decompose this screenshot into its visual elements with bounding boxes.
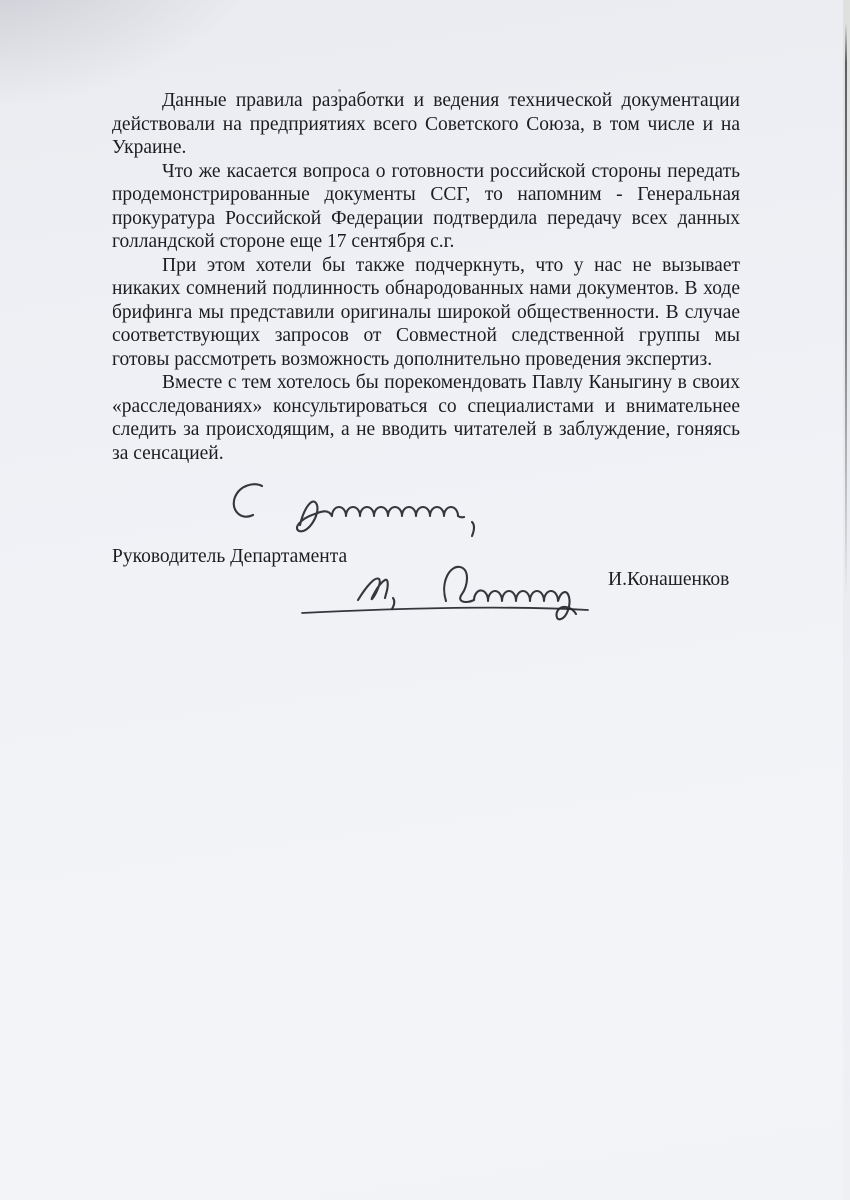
paragraph-3: При этом хотели бы также подчеркнуть, чт… bbox=[112, 254, 740, 372]
paragraph-2: Что же касается вопроса о готовности рос… bbox=[112, 160, 740, 254]
text-line: «расследованиях» консультироваться со сп… bbox=[112, 395, 740, 419]
text-line: брифинга мы представили оригиналы широко… bbox=[112, 301, 740, 325]
closing-phrase-handwriting bbox=[234, 484, 474, 536]
letter-body: Данные правила разработки и ведения техн… bbox=[112, 89, 740, 465]
paragraph-1: Данные правила разработки и ведения техн… bbox=[112, 89, 740, 160]
text-line: Что же касается вопроса о готовности рос… bbox=[112, 160, 740, 184]
scan-edge-shadow bbox=[845, 22, 847, 597]
signature-handwriting bbox=[302, 567, 588, 619]
text-line: продемонстрированные документы ССГ, то н… bbox=[112, 183, 740, 207]
text-line: Вместе с тем хотелось бы порекомендовать… bbox=[112, 371, 740, 395]
scan-speck bbox=[338, 89, 341, 92]
text-line: голландской стороне еще 17 сентября с.г. bbox=[112, 230, 740, 254]
text-line: При этом хотели бы также подчеркнуть, чт… bbox=[112, 254, 740, 278]
text-line: за сенсацией. bbox=[112, 442, 740, 466]
text-line: следить за происходящим, а не вводить чи… bbox=[112, 418, 740, 442]
signer-title: Руководитель Департамента bbox=[112, 546, 347, 568]
text-line: прокуратура Российской Федерации подтвер… bbox=[112, 207, 740, 231]
paragraph-4: Вместе с тем хотелось бы порекомендовать… bbox=[112, 371, 740, 465]
text-line: действовали на предприятиях всего Советс… bbox=[112, 113, 740, 137]
text-line: готовы рассмотреть возможность дополните… bbox=[112, 348, 740, 372]
text-line: Данные правила разработки и ведения техн… bbox=[112, 89, 740, 113]
text-line: никаких сомнений подлинность обнародован… bbox=[112, 277, 740, 301]
signer-name: И.Конашенков bbox=[608, 569, 729, 591]
text-line: соответствующих запросов от Совместной с… bbox=[112, 324, 740, 348]
scanned-letter-page: Данные правила разработки и ведения техн… bbox=[0, 0, 850, 1200]
text-line: Украине. bbox=[112, 136, 740, 160]
signature-underline bbox=[302, 608, 588, 613]
